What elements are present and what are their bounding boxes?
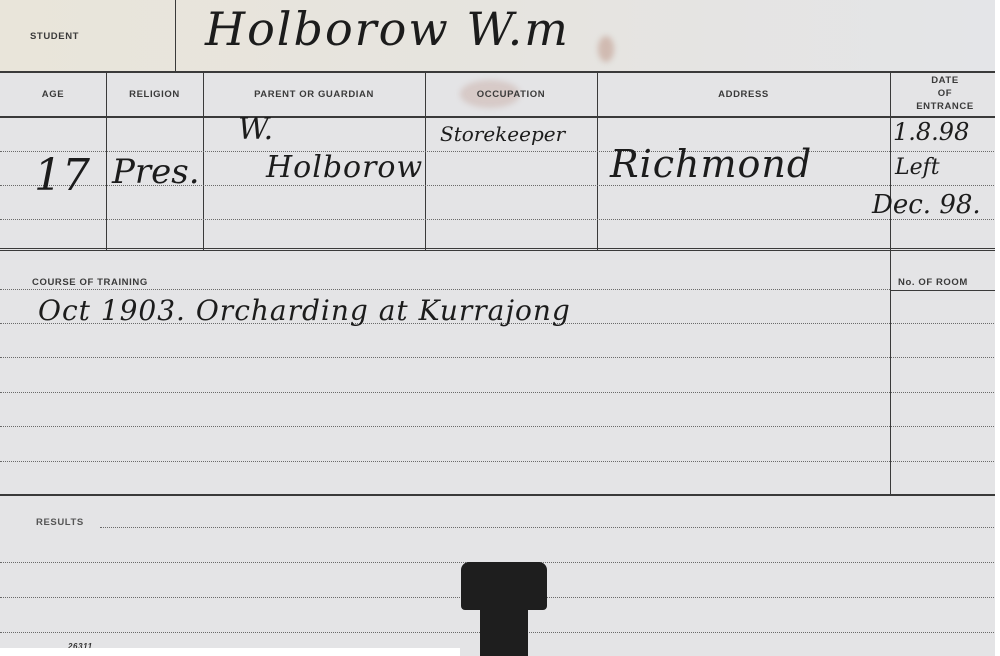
course-entry: Oct 1903. Orcharding at Kurrajong (38, 294, 571, 327)
parent-value-line2: Holborow (266, 150, 423, 185)
column-header-address: ADDRESS (597, 89, 890, 100)
student-record-card: STUDENT Holborow W.m AGE RELIGION PARENT… (0, 0, 1000, 656)
dotted-rule (0, 461, 1000, 462)
rooms-label: No. OF ROOM (898, 277, 1000, 288)
rule (890, 290, 1000, 291)
header-line: OF (890, 87, 1000, 100)
address-value: Richmond (610, 142, 812, 186)
scan-edge (0, 648, 460, 656)
course-label: COURSE OF TRAINING (32, 277, 148, 288)
column-header-religion: RELIGION (106, 89, 203, 100)
divider (890, 72, 891, 496)
section-rule (0, 494, 1000, 496)
religion-value: Pres. (112, 152, 200, 192)
column-header-parent: PARENT OR GUARDIAN (203, 89, 425, 100)
section-rule (0, 248, 1000, 254)
date-left: Dec. 98. (872, 190, 981, 220)
occupation-value: Storekeeper (440, 122, 565, 146)
date-entered: 1.8.98 (893, 118, 969, 146)
rule (0, 116, 1000, 118)
column-header-date-of-entrance: DATE OF ENTRANCE (890, 74, 1000, 113)
index-tab-hole (480, 600, 528, 656)
parent-value-line1: W. (238, 112, 273, 147)
divider (175, 0, 176, 72)
date-left-label: Left (895, 155, 940, 180)
column-header-age: AGE (0, 89, 106, 100)
column-header-occupation: OCCUPATION (425, 89, 597, 100)
age-value: 17 (34, 150, 90, 201)
results-label: RESULTS (36, 517, 84, 528)
student-name: Holborow W.m (205, 2, 570, 56)
dotted-rule (0, 289, 890, 290)
header-line: DATE (890, 74, 1000, 87)
student-label: STUDENT (30, 31, 110, 42)
header-line: ENTRANCE (890, 100, 1000, 113)
dotted-rule (0, 219, 1000, 220)
scan-edge (995, 0, 1000, 656)
dotted-rule (0, 426, 1000, 427)
dotted-rule (100, 527, 1000, 528)
dotted-rule (0, 392, 1000, 393)
dotted-rule (0, 357, 1000, 358)
stain (598, 36, 614, 62)
rule (0, 71, 1000, 73)
